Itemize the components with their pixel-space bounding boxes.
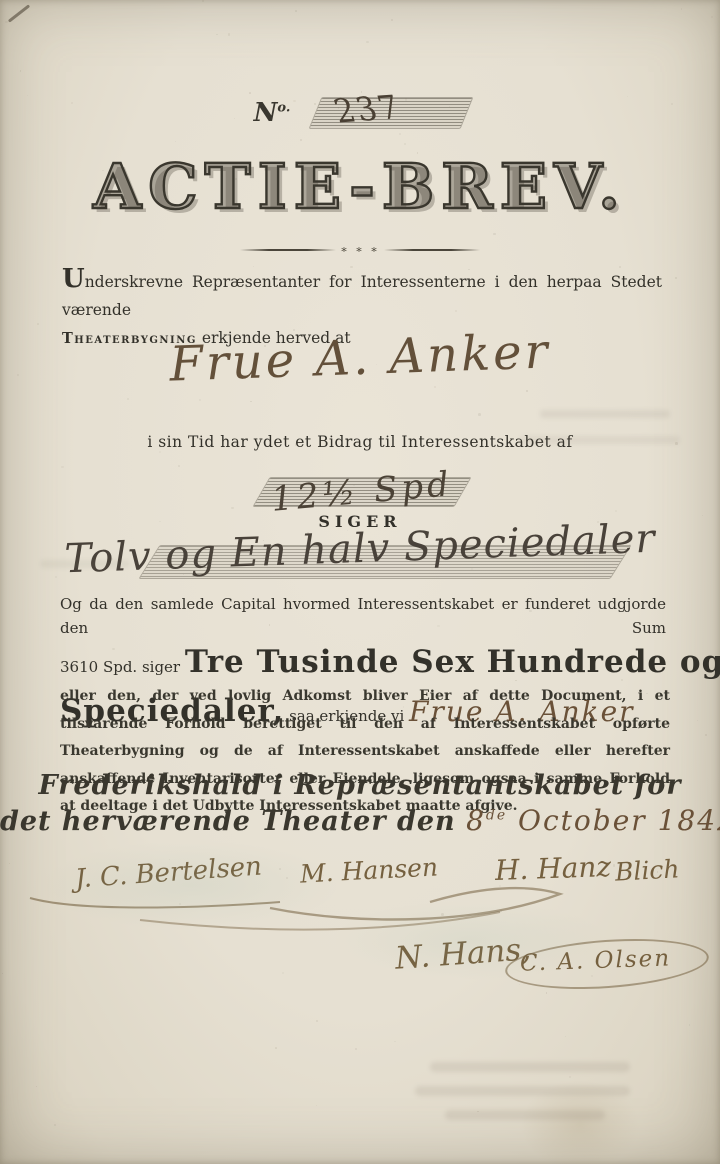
intro-dropcap: U [62,264,85,294]
corner-crease-mark [8,4,30,22]
divider-line-right [384,249,480,251]
paper-speck [569,1076,572,1079]
paper-speck [249,92,251,94]
ink-bleedthrough [540,410,670,418]
divider-ornament: ∗ ∗ ∗ [340,243,379,256]
paper-speck [689,1024,691,1026]
paper-speck [175,141,176,142]
number-ordinal: o. [277,100,290,115]
paper-speck [366,41,369,44]
paper-speck [434,386,437,389]
paper-speck [20,70,22,72]
paper-speck [316,1105,317,1106]
paper-speck [199,399,201,401]
paper-speck [228,33,230,35]
paper-speck [711,16,713,18]
paper-speck [526,390,528,392]
capital-amount-bold-1: Tre Tusinde Sex Hundrede og Ti [185,644,720,680]
ink-bleedthrough [520,436,680,444]
paper-speck [178,465,180,467]
paper-speck [681,8,682,9]
paper-speck [202,0,204,2]
paper-speck [216,34,217,35]
ink-bleedthrough [415,1086,630,1096]
number-label: No. [254,98,291,128]
paper-speck [316,1020,318,1022]
number-field: 237 [316,98,466,128]
paper-speck [478,413,481,416]
paper-speck [275,1047,277,1049]
signature-row-2: N. Hans, C. A. Olsen [0,932,720,1002]
paper-speck [159,451,161,453]
paper-speck [250,401,251,402]
ink-bleedthrough [40,560,130,568]
paper-speck [627,96,628,97]
signature-olsen: C. A. Olsen [520,945,672,976]
paper-speck [295,10,297,12]
signature-hanz: H. Hanz [494,850,611,887]
ink-bleedthrough [430,1062,630,1072]
paper-speck [27,95,28,96]
signature-hansen: M. Hansen [299,852,438,888]
paper-speck [355,1048,357,1050]
paper-speck [394,1041,396,1043]
paper-speck [300,139,302,141]
paper-speck [675,277,676,278]
paper-speck [565,1036,566,1037]
paper-speck [36,1086,37,1087]
paper-speck [705,734,707,736]
place-date-line: det herværende Theater den 8de October 1… [0,804,720,837]
place-line-1: Frederikshald i Repræsentantskabet for [0,770,720,801]
certificate-number-row: No. 237 [0,98,720,128]
paper-speck [404,143,406,145]
paper-speck [127,398,129,400]
signature-blich: Blich [614,854,680,886]
title-divider: ∗ ∗ ∗ [0,243,720,256]
paper-speck [391,19,393,21]
document-page: No. 237 ACTIE-BREV. ∗ ∗ ∗ Underskrevne R… [0,0,720,1164]
paper-speck [493,233,495,235]
divider-line-left [240,249,336,251]
page-title: ACTIE-BREV. [0,150,720,223]
amount-hatch-box: 12½ Spd [262,478,462,506]
paper-speck [54,1124,56,1126]
paper-speck [441,913,444,916]
paper-speck [697,720,698,721]
capital-line-1: Og da den samlede Capital hvormed Intere… [60,592,666,640]
signature-row-1: J. C. Bertelsen M. Hansen H. Hanz Blich [0,852,720,912]
paper-speck [5,21,7,23]
intro-line-1: Underskrevne Repræsentanter for Interess… [62,268,662,324]
signature-bertelsen: J. C. Bertelsen [74,852,263,895]
paper-speck [399,133,401,135]
capital-line-2: 3610 Spd. siger Tre Tusinde Sex Hundrede… [60,640,666,689]
ink-bleedthrough [445,1110,605,1120]
paper-speck [37,323,39,325]
date-handwritten: 8de October 1842— [466,804,720,837]
